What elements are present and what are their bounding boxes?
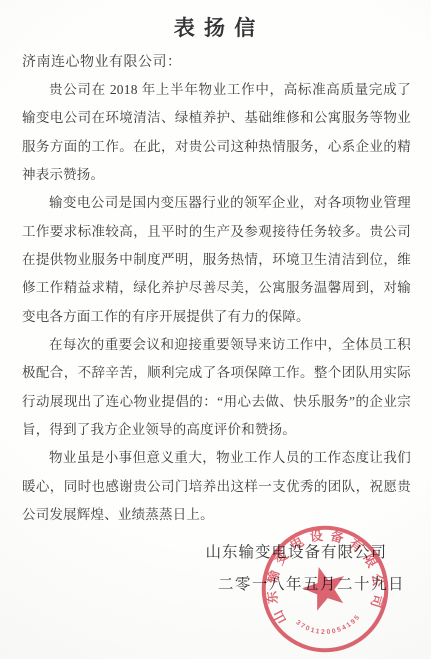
paragraph-3: 在每次的重要会议和迎接重要领导来访工作中，全体员工积极配合，不辞辛苦，顺利完成了… [22, 331, 411, 444]
paragraph-4: 物业虽是小事但意义重大，物业工作人员的工作态度让我们暖心，同时也感谢贵公司门培养… [22, 444, 411, 529]
paragraph-1: 贵公司在 2018 年上半年物业工作中，高标准高质量完成了输变电公司在环境清洁、… [22, 76, 411, 189]
letter-title: 表 扬 信 [0, 13, 431, 43]
seal-code: 3701120054195 [294, 613, 364, 640]
scanned-letter-page: 表 扬 信 济南连心物业有限公司： 贵公司在 2018 年上半年物业工作中，高标… [0, 0, 431, 659]
salutation: 济南连心物业有限公司： [22, 50, 411, 76]
svg-text:3701120054195: 3701120054195 [294, 613, 364, 640]
signature-date: 二零一八年五月二十九日 [218, 572, 405, 594]
letter-body: 济南连心物业有限公司： 贵公司在 2018 年上半年物业工作中，高标准高质量完成… [0, 50, 431, 530]
signature-company: 山东输变电设备有限公司 [205, 540, 387, 562]
paragraph-2: 输变电公司是国内变压器行业的领军企业，对各项物业管理工作要求标准较高，且平时的生… [22, 189, 411, 331]
